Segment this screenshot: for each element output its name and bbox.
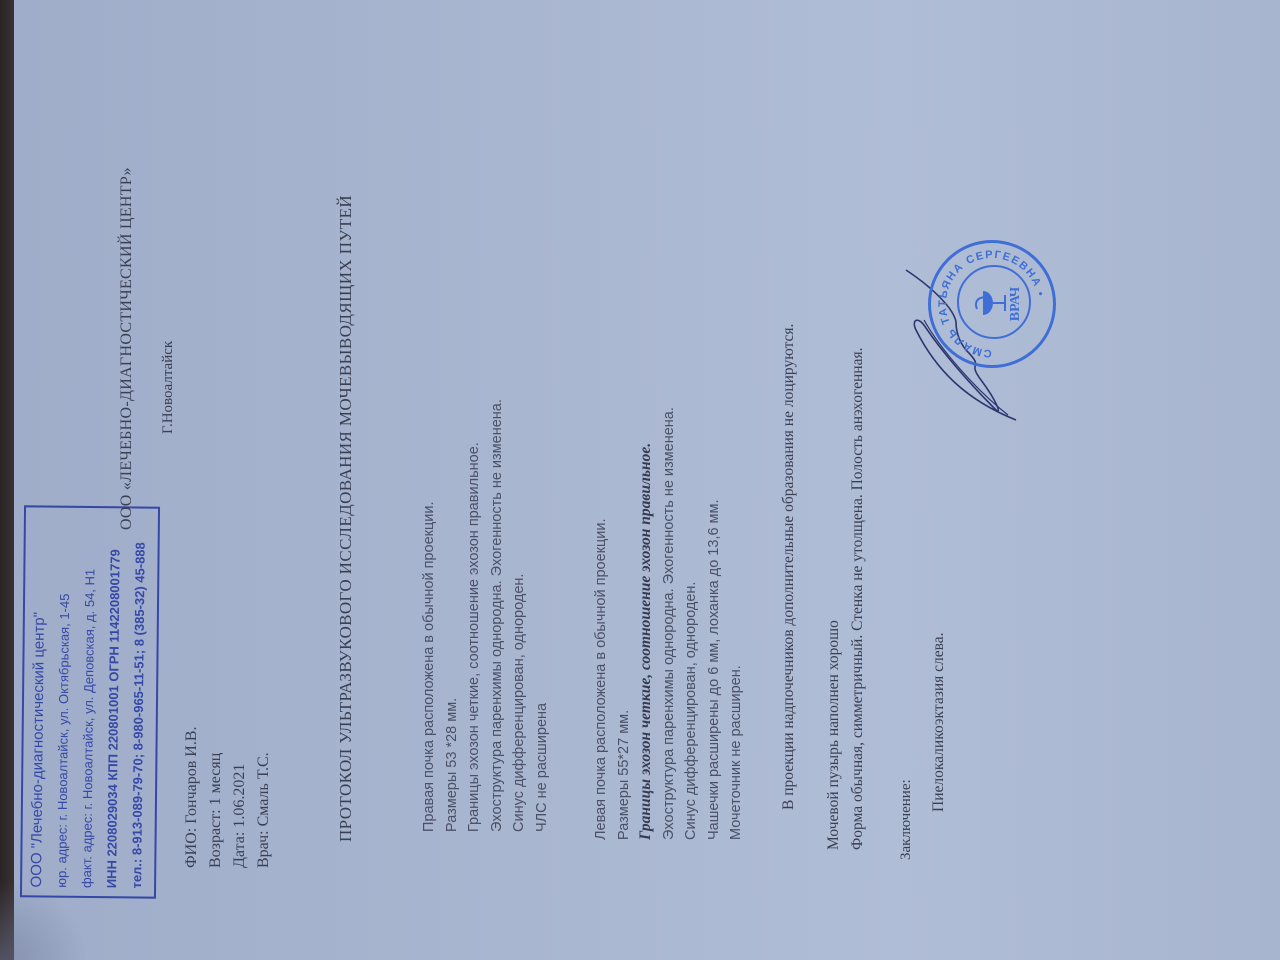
organization-city: Г.Новоалтайск xyxy=(160,341,177,434)
right-kidney-section: Правая почка расположена в обычной проек… xyxy=(418,399,553,832)
stamp-actual-address: факт. адрес: г. Новоалтайск, ул. Деповск… xyxy=(74,514,103,888)
right-kidney-line: Синус дифференцирован, однороден. xyxy=(508,399,531,832)
right-kidney-line: ЧЛС не расширена xyxy=(531,399,554,832)
doctor-round-stamp: СМАЛЬ ТАТЬЯНА СЕРГЕЕВНА • ВРАЧ xyxy=(928,240,1056,368)
right-kidney-line: Размеры 53 *28 мм. xyxy=(441,399,464,832)
left-kidney-line-emphasis: Границы эхозон четкие, соотношение эхозо… xyxy=(635,407,658,840)
right-kidney-line: Правая почка расположена в обычной проек… xyxy=(418,399,441,832)
left-kidney-line: Эхоструктура паренхимы однородна. Эхоген… xyxy=(658,407,681,840)
caduceus-bowl-icon: ВРАЧ xyxy=(931,243,1053,365)
ultrasound-report-document: ООО "Лечебно-диагностический центр" юр. … xyxy=(0,0,1280,960)
left-kidney-line: Синус дифференцирован, однороден. xyxy=(680,407,703,840)
patient-info: ФИО: Гончаров И.В. Возраст: 1 месяц Дата… xyxy=(180,726,276,868)
bladder-line: Мочевой пузырь наполнен хорошо xyxy=(822,348,846,850)
conclusion-label: Заключение: xyxy=(898,779,915,860)
bladder-line: Форма обычная, симметричный. Стенка не у… xyxy=(846,348,870,850)
organization-title: ООО «ЛЕЧЕБНО-ДИАГНОСТИЧЕСКИЙ ЦЕНТР» xyxy=(118,167,136,530)
adrenal-section: В проекции надпочечников дополнительные … xyxy=(780,324,798,810)
svg-text:ВРАЧ: ВРАЧ xyxy=(1008,286,1023,321)
patient-name: ФИО: Гончаров И.В. xyxy=(180,726,204,868)
exam-date: Дата: 1.06.2021 xyxy=(228,726,252,868)
patient-age: Возраст: 1 месяц xyxy=(204,726,228,868)
right-kidney-line: Границы эхозон четкие, соотношение эхозо… xyxy=(463,399,486,832)
left-kidney-line: Чашечки расширены до 6 мм, лоханка до 13… xyxy=(703,407,726,840)
stamp-org-name: ООО "Лечебно-диагностический центр" xyxy=(24,513,53,887)
left-kidney-line: Мочеточник не расширен. xyxy=(725,407,748,840)
left-kidney-section: Левая почка расположена в обычной проекц… xyxy=(590,407,748,840)
stamp-legal-address: юр. адрес: г. Новоалтайск, ул. Октябрьск… xyxy=(49,514,78,888)
clinic-rectangular-stamp: ООО "Лечебно-диагностический центр" юр. … xyxy=(20,505,160,898)
right-kidney-line: Эхоструктура паренхимы однородна. Эхоген… xyxy=(486,399,509,832)
bladder-section: Мочевой пузырь наполнен хорошо Форма обы… xyxy=(822,348,870,850)
conclusion-text: Пиелокаликоэктазия слева. xyxy=(930,633,948,812)
doctor-name: Врач: Смаль Т.С. xyxy=(252,726,276,868)
left-kidney-line: Левая почка расположена в обычной проекц… xyxy=(590,407,613,840)
protocol-title: ПРОТОКОЛ УЛЬТРАЗВУКОВОГО ИССЛЕДОВАНИЯ МО… xyxy=(336,195,356,842)
stamp-phones: тел.: 8-913-089-79-70; 8-980-965-11-51; … xyxy=(124,514,153,888)
stamp-registration-numbers: ИНН 2208029034 КПП 220801001 ОГРН 114220… xyxy=(99,514,128,888)
left-kidney-line: Размеры 55*27 мм. xyxy=(613,407,636,840)
